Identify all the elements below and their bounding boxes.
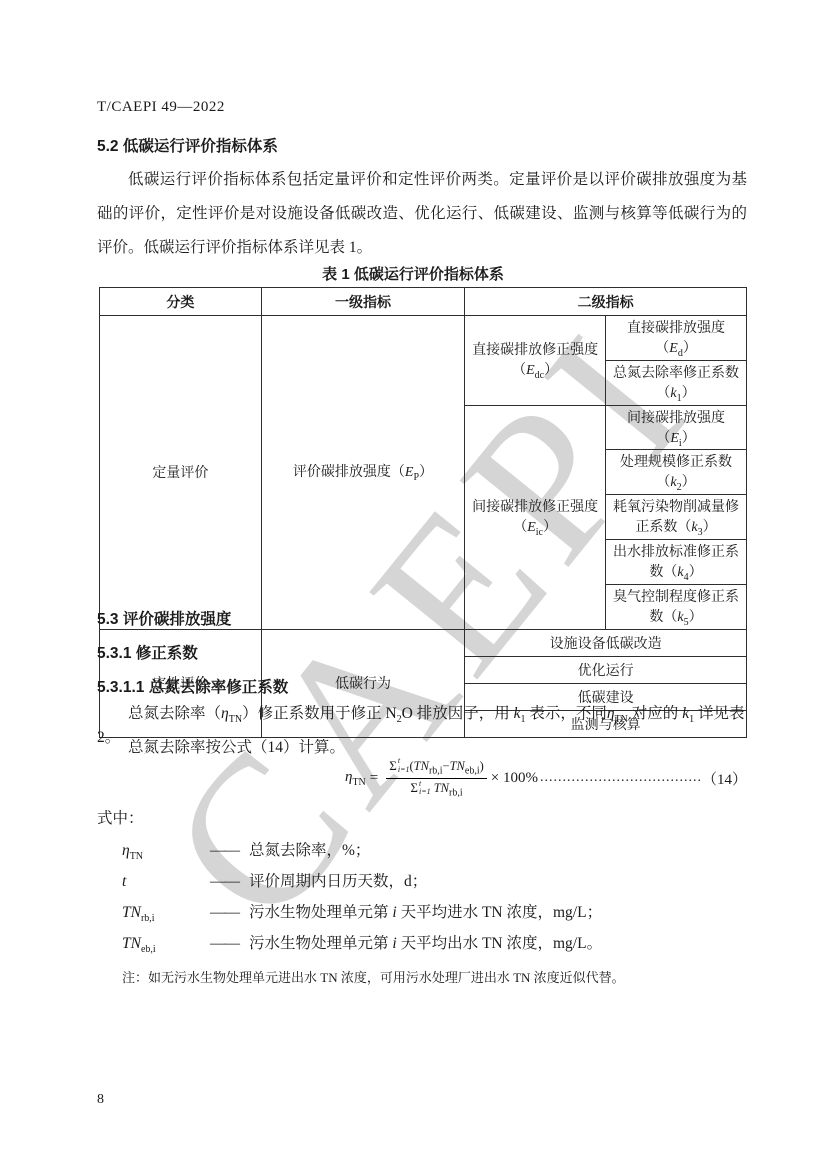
- fraction-denominator: Σti=1 TNrb,i: [386, 779, 487, 799]
- header-cell-category: 分类: [100, 288, 262, 316]
- definition-row: t —— 评价周期内日历天数，d；: [122, 869, 748, 891]
- indirect-group-line2: （Eic）: [513, 520, 557, 535]
- cell-qual-item: 设施设备低碳改造: [465, 629, 747, 656]
- table-1-title: 表 1 低碳运行评价指标体系: [0, 263, 826, 284]
- cell-indicator: 耗氧污染物削减量修正系数（k3）: [606, 495, 747, 540]
- definition-dash: ——: [210, 935, 239, 953]
- fraction-numerator: Σti=1(TNrb,i−TNeb,i): [386, 757, 487, 778]
- where-label: 式中：: [97, 806, 144, 828]
- section-5-2-paragraph: 低碳运行评价指标体系包括定量评价和定性评价两类。定量评价是以评价碳排放强度为基础…: [97, 163, 747, 265]
- page-number: 8: [97, 1092, 104, 1108]
- definition-row: ηTN —— 总氮去除率，%；: [122, 838, 748, 862]
- definition-desc: 评价周期内日历天数，d；: [249, 869, 427, 891]
- definition-symbol: ηTN: [122, 842, 210, 862]
- indicator-table: 分类 一级指标 二级指标 定量评价 评价碳排放强度（EP） 直接碳排放修正强度 …: [99, 287, 747, 738]
- definition-desc: 污水生物处理单元第 i 天平均出水 TN 浓度，mg/L。: [249, 931, 602, 953]
- table-header-row: 分类 一级指标 二级指标: [100, 288, 747, 316]
- section-5-2-heading: 5.2 低碳运行评价指标体系: [97, 134, 278, 156]
- cell-quant-level1: 评价碳排放强度（EP）: [261, 316, 464, 630]
- times-hundred: × 100%: [491, 770, 538, 787]
- definition-dash: ——: [210, 873, 239, 891]
- equation-lhs: ηTN: [345, 769, 366, 788]
- equation-number: （14）: [702, 768, 747, 789]
- definition-row: TNeb,i —— 污水生物处理单元第 i 天平均出水 TN 浓度，mg/L。: [122, 931, 748, 955]
- section-5-3-1-1-heading: 5.3.1.1 总氮去除率修正系数: [97, 675, 288, 697]
- equals-sign: =: [370, 770, 378, 787]
- header-cell-level1: 一级指标: [261, 288, 464, 316]
- definition-symbol: TNeb,i: [122, 935, 210, 955]
- table-row: 定量评价 评价碳排放强度（EP） 直接碳排放修正强度 （Edc） 直接碳排放强度…: [100, 316, 747, 361]
- section-5-3-heading: 5.3 评价碳排放强度: [97, 607, 231, 629]
- cell-indirect-group: 间接碳排放修正强度 （Eic）: [465, 405, 606, 629]
- definition-desc: 污水生物处理单元第 i 天平均进水 TN 浓度，mg/L；: [249, 900, 602, 922]
- cell-indicator: 总氮去除率修正系数（k1）: [606, 360, 747, 405]
- cell-direct-group: 直接碳排放修正强度 （Edc）: [465, 316, 606, 406]
- direct-group-line1: 直接碳排放修正强度: [472, 343, 598, 358]
- cell-qual-item: 优化运行: [465, 656, 747, 683]
- cell-indicator: 臭气控制程度修正系数（k5）: [606, 584, 747, 629]
- indirect-group-line1: 间接碳排放修正强度: [472, 500, 598, 515]
- standard-number-header: T/CAEPI 49—2022: [97, 99, 225, 116]
- dot-leader: ........................................…: [540, 770, 700, 786]
- cell-indicator: 出水排放标准修正系数（k4）: [606, 539, 747, 584]
- document-page: CAEPI T/CAEPI 49—2022 5.2 低碳运行评价指标体系 低碳运…: [0, 0, 826, 1169]
- equation-14: ηTN = Σti=1(TNrb,i−TNeb,i) Σti=1 TNrb,i …: [345, 752, 747, 804]
- definition-desc: 总氮去除率，%；: [249, 838, 370, 860]
- definition-symbol: t: [122, 873, 210, 891]
- definition-dash: ——: [210, 904, 239, 922]
- direct-group-line2: （Edc）: [512, 363, 558, 378]
- footnote: 注：如无污水生物处理单元进出水 TN 浓度，可用污水处理厂进出水 TN 浓度近似…: [122, 967, 742, 986]
- sum-operator: Σti=1: [410, 780, 430, 798]
- definition-dash: ——: [210, 842, 239, 860]
- definition-row: TNrb,i —— 污水生物处理单元第 i 天平均进水 TN 浓度，mg/L；: [122, 900, 748, 924]
- cell-indicator: 处理规模修正系数（k2）: [606, 450, 747, 495]
- cell-quant-category: 定量评价: [100, 316, 262, 630]
- cell-indicator: 直接碳排放强度（Ed）: [606, 316, 747, 361]
- header-cell-level2: 二级指标: [465, 288, 747, 316]
- section-5-3-1-heading: 5.3.1 修正系数: [97, 641, 198, 663]
- definition-symbol: TNrb,i: [122, 904, 210, 924]
- cell-indicator: 间接碳排放强度（Ei）: [606, 405, 747, 450]
- fraction: Σti=1(TNrb,i−TNeb,i) Σti=1 TNrb,i: [386, 757, 487, 799]
- paragraph-text: 低碳运行评价指标体系包括定量评价和定性评价两类。定量评价是以评价碳排放强度为基础…: [97, 163, 747, 265]
- sum-operator: Σti=1: [389, 757, 409, 775]
